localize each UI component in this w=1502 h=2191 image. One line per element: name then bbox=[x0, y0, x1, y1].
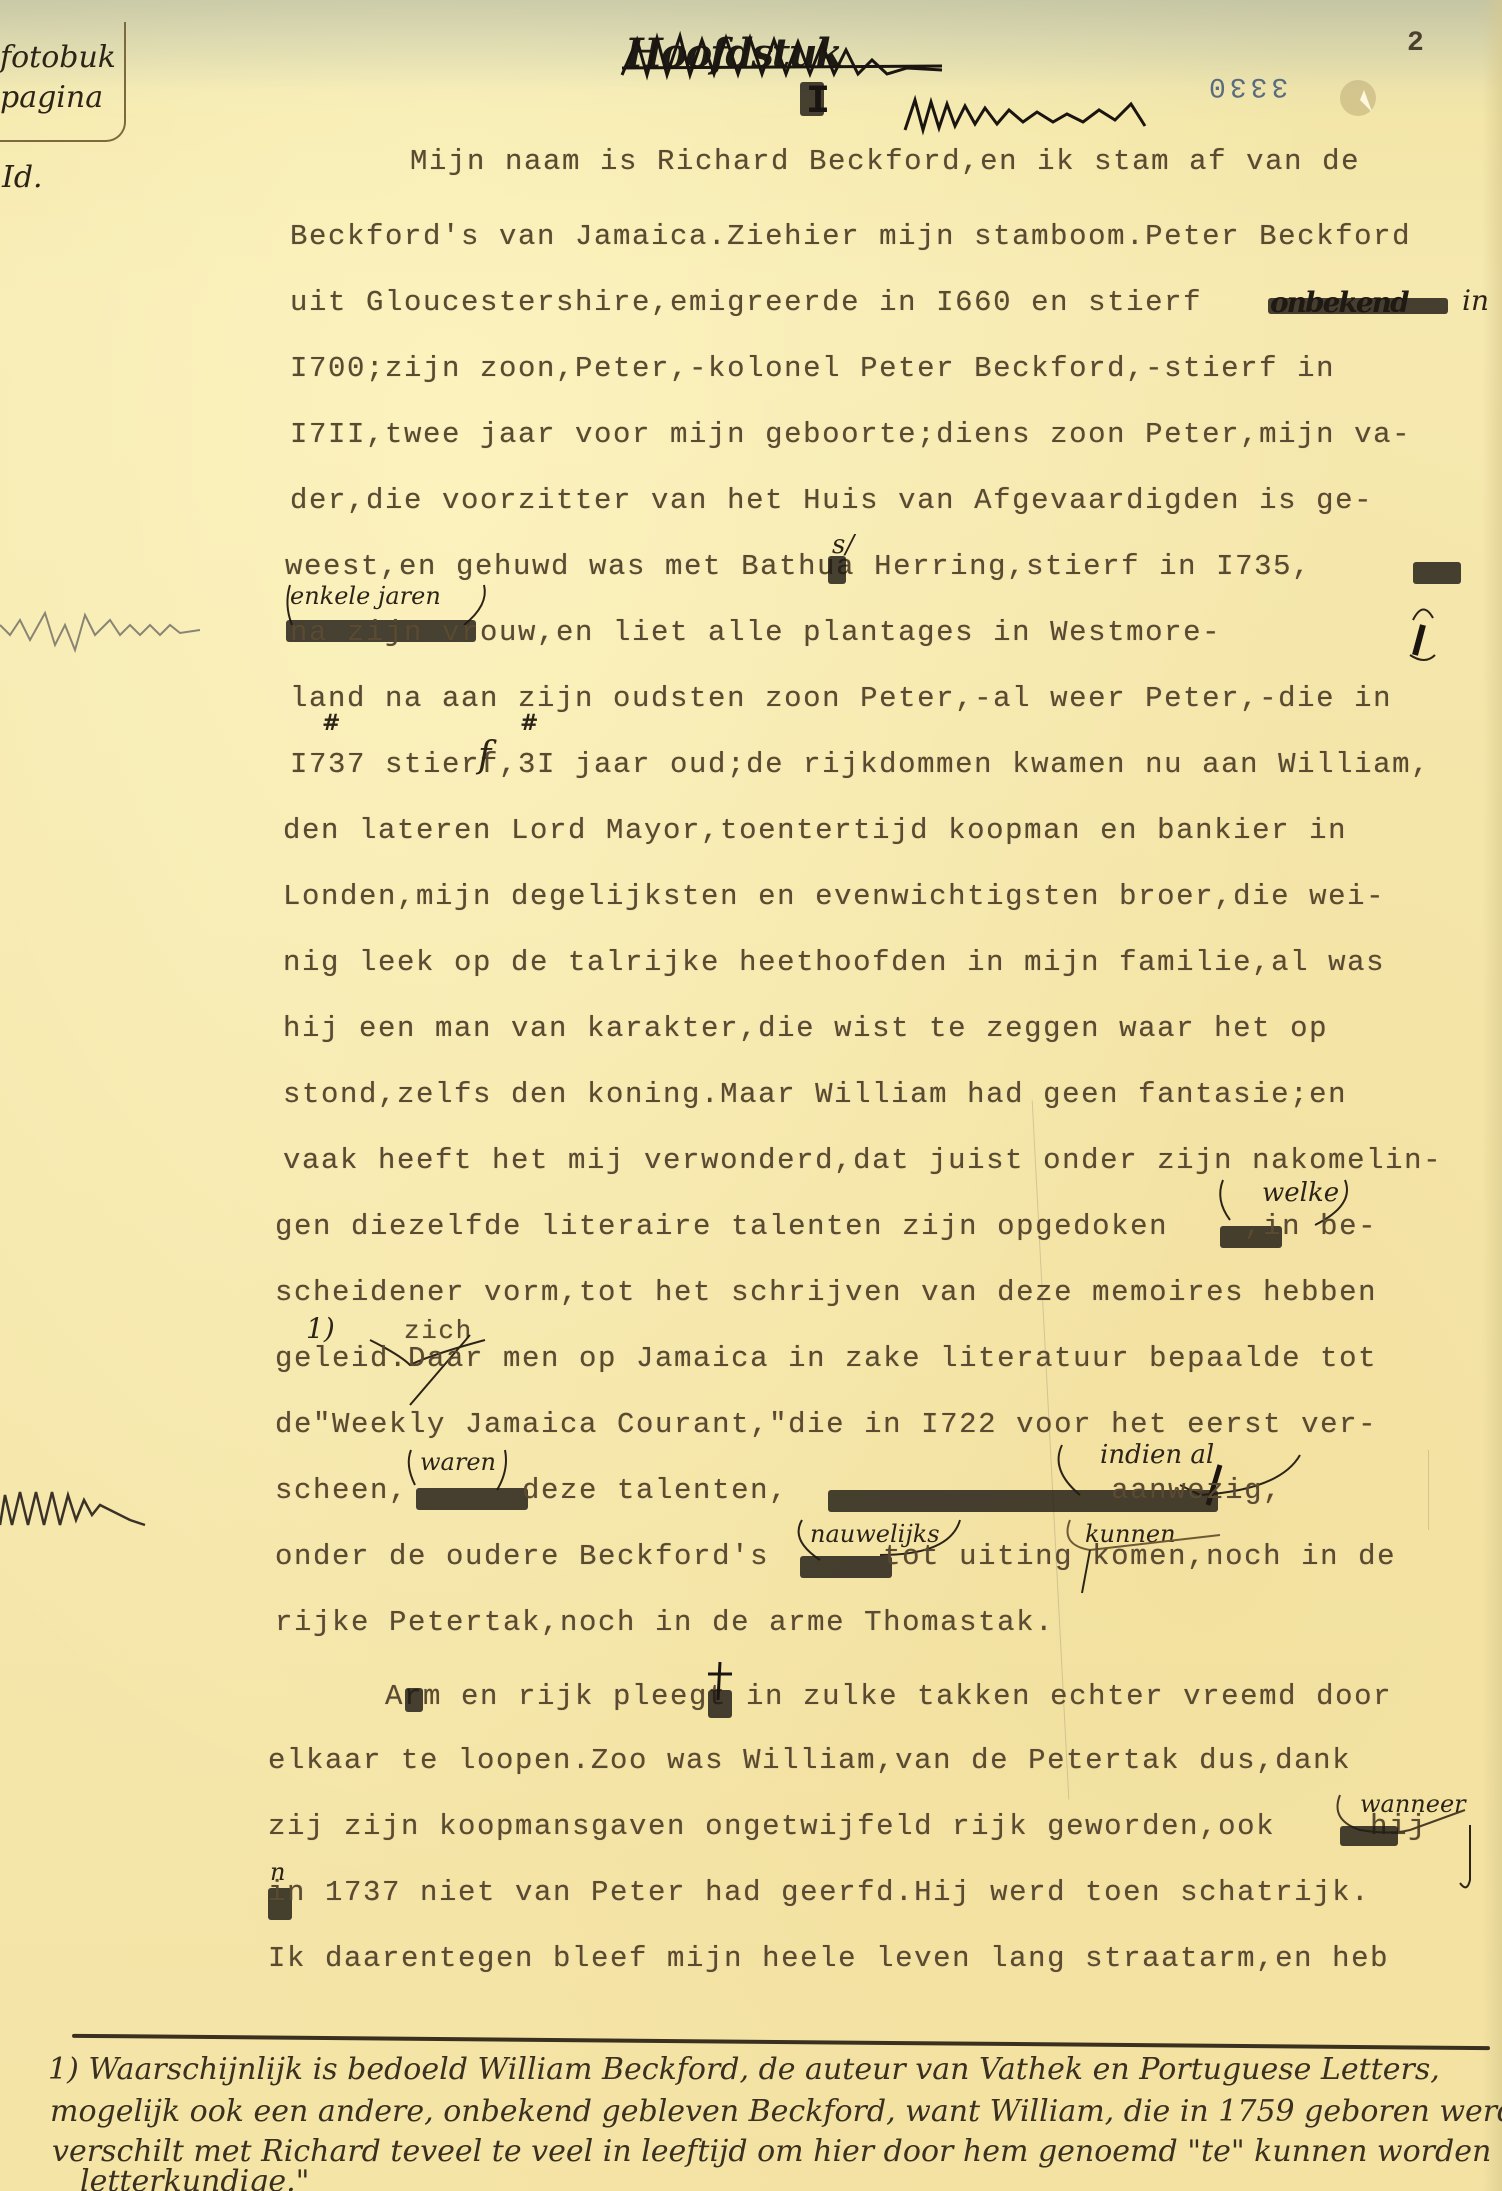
footnote-line-4: letterkundige." bbox=[80, 2164, 309, 2191]
body-line-18: scheidener vorm,tot het schrijven van de… bbox=[275, 1276, 1377, 1309]
paper-crease bbox=[1428, 1450, 1429, 1530]
margin-note-line-2: pagina bbox=[0, 80, 103, 115]
body-line-11: den lateren Lord Mayor,toentertijd koopm… bbox=[283, 814, 1347, 847]
body-line-9: land na aan zijn oudsten zoon Peter,-al … bbox=[290, 682, 1392, 715]
body-line-20: de"Weekly Jamaica Courant,"die in I722 v… bbox=[275, 1408, 1377, 1441]
body-line-27: in 1737 niet van Peter had geerfd.Hij we… bbox=[268, 1876, 1370, 1909]
body-line-8: na zijn vrouw,en liet alle plantages in … bbox=[290, 616, 1221, 649]
body-line-3: uit Gloucestershire,emigreerde in I660 e… bbox=[290, 286, 1202, 319]
footnote-line-1: 1) Waarschijnlijk is bedoeld William Bec… bbox=[48, 2052, 1440, 2087]
correction-f: f bbox=[478, 735, 491, 776]
body-line-21: scheen, deze talenten, aanwezig, bbox=[275, 1474, 1282, 1507]
body-line-1: Mijn naam is Richard Beckford,en ik stam… bbox=[410, 145, 1360, 178]
body-line-28: Ik daarentegen bleef mijn heele leven la… bbox=[268, 1942, 1389, 1975]
body-line-24: Arm en rijk pleegt in zulke takken echte… bbox=[385, 1680, 1392, 1713]
margin-squiggle-icon bbox=[0, 595, 210, 665]
body-line-19: geleid.Daar men op Jamaica in zake liter… bbox=[275, 1342, 1377, 1375]
body-line-15: stond,zelfs den koning.Maar William had … bbox=[283, 1078, 1347, 1111]
ink-blot-icon bbox=[1330, 60, 1390, 130]
body-line-7: weest,en gehuwd was met Bathua Herring,s… bbox=[285, 550, 1311, 583]
body-line-17: gen diezelfde literaire talenten zijn op… bbox=[275, 1210, 1377, 1243]
strike-bar bbox=[1340, 1826, 1398, 1846]
manuscript-page: 2 3330 Hoofdstuk I fotobuk pagina Id. Mi… bbox=[0, 0, 1502, 2191]
correction-mark-icon bbox=[1405, 600, 1445, 670]
chapter-number: I bbox=[806, 80, 830, 125]
mark-hash: # bbox=[322, 710, 340, 736]
body-line-23: rijke Petertak,noch in de arme Thomastak… bbox=[275, 1606, 1054, 1639]
footnote-divider bbox=[72, 2034, 1490, 2050]
body-line-5: I7II,twee jaar voor mijn geboorte;diens … bbox=[290, 418, 1411, 451]
paper-edge bbox=[1482, 0, 1502, 2191]
ink-blot bbox=[405, 1688, 423, 1712]
body-line-26: zij zijn koopmansgaven ongetwijfeld rijk… bbox=[268, 1810, 1427, 1843]
strike-bar bbox=[1413, 562, 1461, 584]
body-line-13: nig leek op de talrijke heethoofden in m… bbox=[283, 946, 1385, 979]
margin-note-line-1: fotobuk bbox=[0, 40, 116, 75]
body-line-4: I700;zijn zoon,Peter,-kolonel Peter Beck… bbox=[290, 352, 1335, 385]
scribble-strike-icon bbox=[905, 92, 1165, 137]
ink-blot bbox=[828, 556, 846, 584]
footnote-line-2: mogelijk ook een andere, onbekend geblev… bbox=[50, 2094, 1502, 2129]
strike-bar bbox=[1268, 298, 1448, 314]
body-line-10: I737 stierf,3I jaar oud;de rijkdommen kw… bbox=[290, 748, 1430, 781]
correction-j-icon bbox=[1455, 1825, 1485, 1895]
archive-stamp: 3330 bbox=[1205, 70, 1288, 101]
body-line-14: hij een man van karakter,die wist te zeg… bbox=[283, 1012, 1328, 1045]
body-line-22: onder de oudere Beckford's tot uiting ko… bbox=[275, 1540, 1396, 1573]
body-line-6: der,die voorzitter van het Huis van Afge… bbox=[290, 484, 1373, 517]
mark-hash: # bbox=[520, 710, 538, 736]
body-line-2: Beckford's van Jamaica.Ziehier mijn stam… bbox=[290, 220, 1411, 253]
margin-squiggle-icon bbox=[0, 1480, 150, 1540]
insert-t-icon bbox=[700, 1662, 740, 1702]
insert-in: in bbox=[1462, 284, 1489, 317]
body-line-25: elkaar te loopen.Zoo was William,van de … bbox=[268, 1744, 1351, 1777]
heading-strike-icon bbox=[622, 30, 942, 85]
footnote-ref: 1) bbox=[306, 1312, 335, 1345]
margin-mark: Id. bbox=[2, 160, 43, 195]
page-number: 2 bbox=[1407, 28, 1424, 59]
body-line-12: Londen,mijn degelijksten en evenwichtigs… bbox=[283, 880, 1385, 913]
body-line-16: vaak heeft het mij verwonderd,dat juist … bbox=[283, 1144, 1442, 1177]
